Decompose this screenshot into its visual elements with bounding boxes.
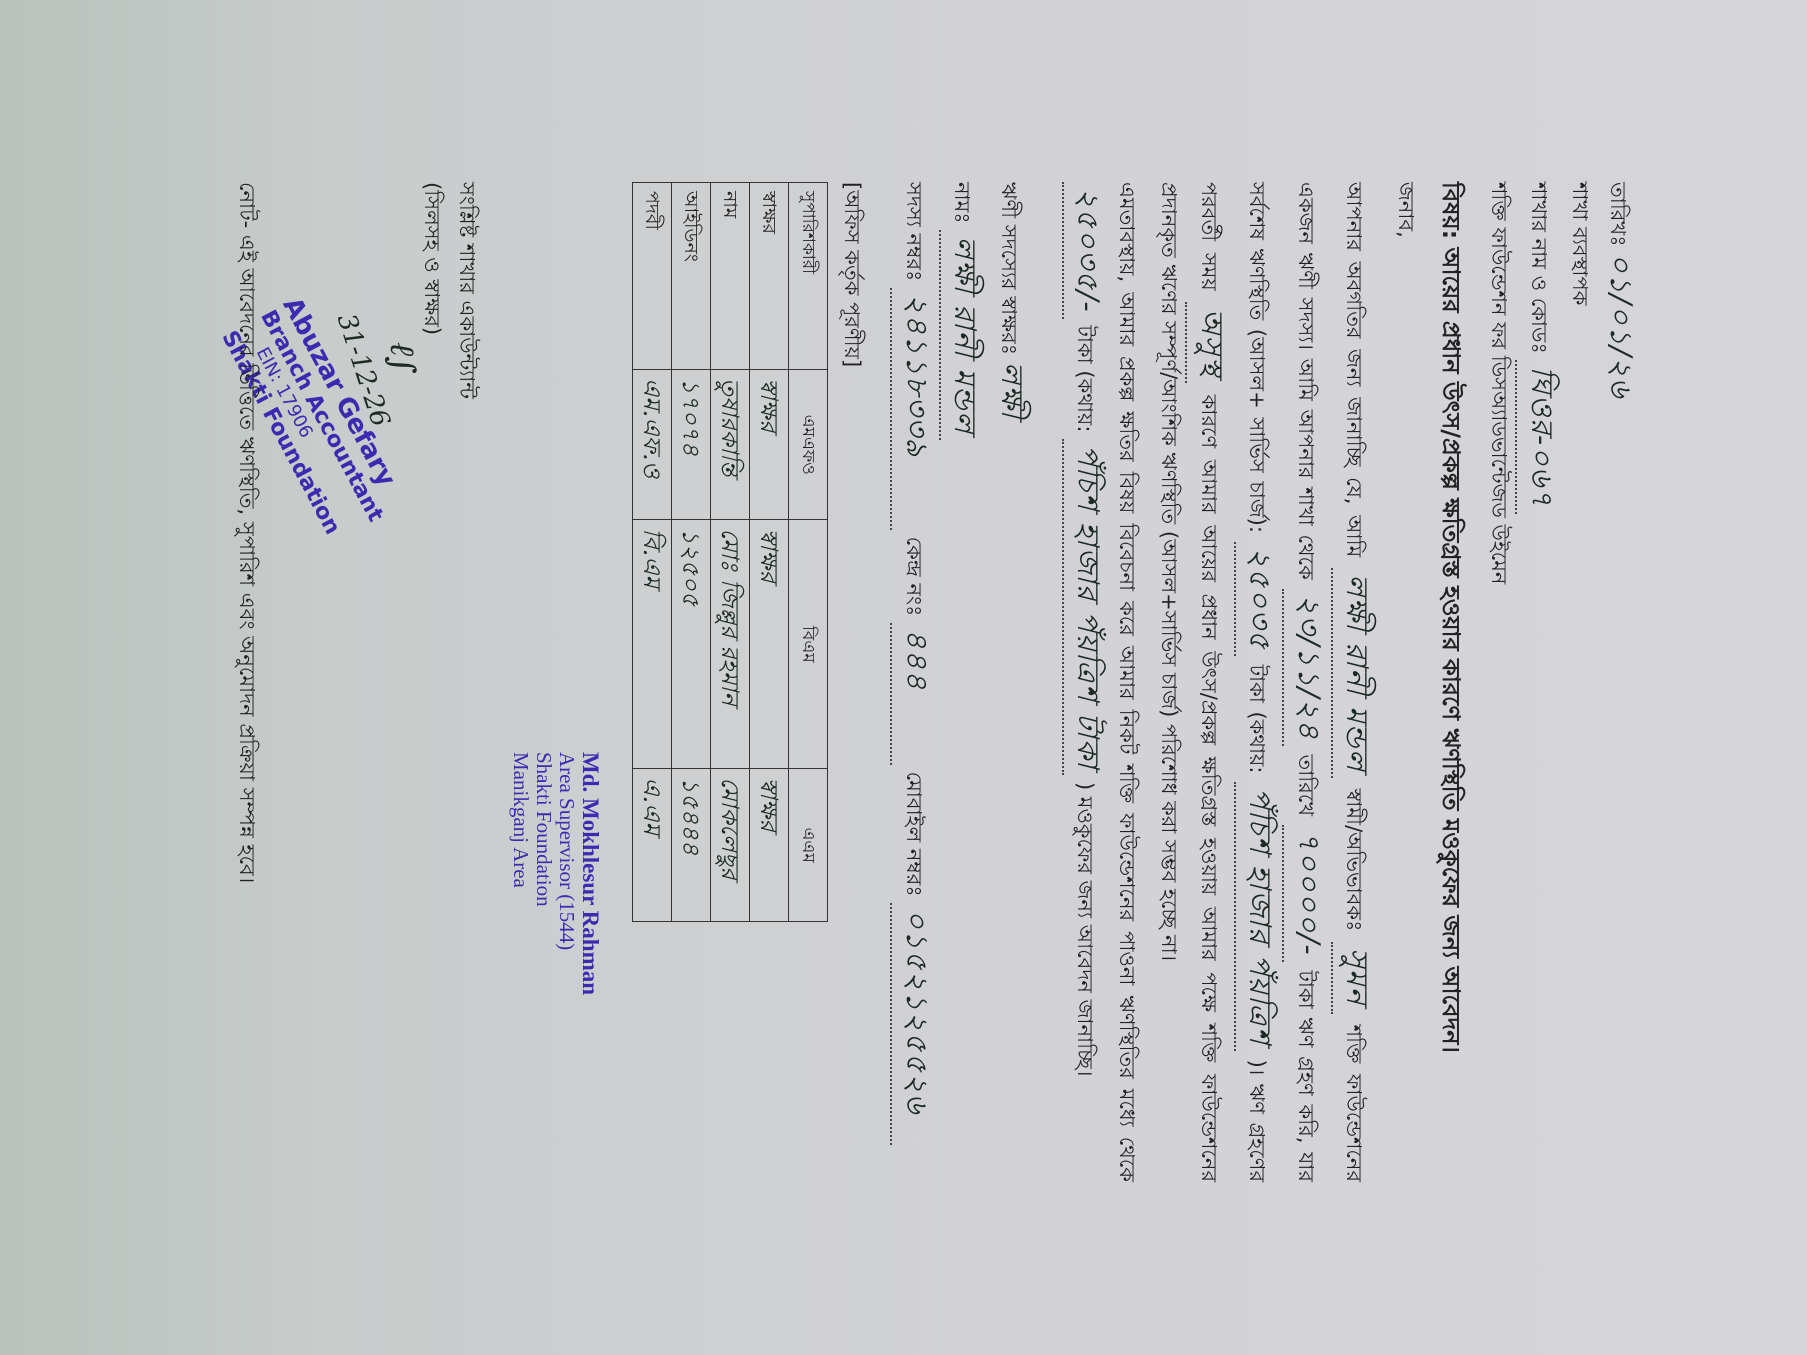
stamp-am-title: Area Supervisor (1544) xyxy=(555,752,578,995)
para1-text-4: তারিখে xyxy=(1294,754,1318,816)
balance-words-field: পঁচিশ হাজার পঁয়ত্রিশ xyxy=(1234,782,1283,1051)
branch-label: শাখার নাম ও কোডঃ xyxy=(1527,182,1551,354)
row-label-name: নাম xyxy=(710,183,749,370)
center-no-label: কেন্দ্র নংঃ xyxy=(902,537,926,617)
paragraph-loan-details: আপনার অবগতির জন্য জানাচ্ছি যে, আমি লক্ষী… xyxy=(1153,182,1380,1182)
member-ids-line: সদস্য নম্বরঃ ২৪১১৮৩৩৯ কেন্দ্র নংঃ ৪৪৪ মো… xyxy=(890,182,939,1182)
branch-value: ঘিওর-০৬৭ xyxy=(1515,360,1564,513)
col-am: এএম xyxy=(788,769,827,922)
bm-signature: স্বাক্ষর xyxy=(749,520,788,769)
application-form-page: তারিখঃ ০১/০১/২৬ শাখা ব্যবস্থাপক শাখার না… xyxy=(103,52,1703,1302)
bm-designation: বি.এম xyxy=(632,520,671,769)
col-recommender: সুপারিশকারী xyxy=(788,183,827,370)
member-name-value: লক্ষী রানী মন্ডল xyxy=(939,230,988,440)
accountant-label: সংশ্লিষ্ট শাখার একাউন্ট্যান্ট xyxy=(450,182,483,399)
am-name: মোকলেছুর xyxy=(710,769,749,922)
am-signature: স্বাক্ষর xyxy=(749,769,788,922)
loan-amount-field: ৭০০০০/- xyxy=(1282,825,1331,962)
branch-line: শাখার নাম ও কোডঃ ঘিওর-০৬৭ xyxy=(1515,182,1564,1182)
table-row: নাম তুষারকান্তি মোঃ জিল্লুর রহমান মোকলেছ… xyxy=(710,183,749,922)
table-row: স্বাক্ষর স্বাক্ষর স্বাক্ষর স্বাক্ষর xyxy=(749,183,788,922)
area-supervisor-stamp: Md. Mokhlesur Rahman Area Supervisor (15… xyxy=(508,752,603,995)
para1-text-6: টাকা (কথায়: xyxy=(1245,665,1269,774)
am-designation: এ.এম xyxy=(632,769,671,922)
stamp-am-org: Shakti Foundation xyxy=(532,752,555,995)
office-section-label: [অফিস কর্তৃক পূরণীয়] xyxy=(836,182,869,1182)
para1-text-1: আপনার অবগতির জন্য জানাচ্ছি যে, আমি xyxy=(1342,182,1366,557)
para2-text-2: টাকা (কথায়: xyxy=(1073,325,1097,432)
member-no-value: ২৪১১৮৩৩৯ xyxy=(890,288,939,530)
para2-text-3: ) মওকুফের জন্য আবেদন জানাচ্ছি। xyxy=(1073,782,1097,1077)
date-value: ০১/০১/২৬ xyxy=(1603,253,1638,398)
am-id: ১৫৪৪৪ xyxy=(671,769,710,922)
member-signature-line: ঋণী সদস্যের স্বাক্ষরঃ লক্ষী xyxy=(987,182,1034,1182)
bm-name: মোঃ জিল্লুর রহমান xyxy=(710,520,749,769)
row-label-signature: স্বাক্ষর xyxy=(749,183,788,370)
row-label-id: আইডিনং xyxy=(671,183,710,370)
member-name-line: নামঃ লক্ষী রানী মন্ডল xyxy=(939,182,988,1182)
organization-name: শক্তি ফাউন্ডেশন ফর ডিসঅ্যাডভান্টেজড উইমে… xyxy=(1483,182,1516,1182)
col-mfo: এমএফও xyxy=(788,370,827,520)
form-body: তারিখঃ ০১/০১/২৬ শাখা ব্যবস্থাপক শাখার না… xyxy=(632,182,1643,1182)
loan-date-field: ২৩/১১/২৪ xyxy=(1282,589,1331,746)
mfo-name: তুষারকান্তি xyxy=(710,370,749,520)
table-row: পদবী এম.এফ.ও বি.এম এ.এম xyxy=(632,183,671,922)
waiver-words-field: পঁচিশ হাজার পঁয়ত্রিশ টাকা xyxy=(1062,439,1111,775)
date-line: তারিখঃ ০১/০১/২৬ xyxy=(1597,182,1644,1182)
footer-note: নোট- এই আবেদনের ভিত্তিতে ঋণস্থিতি, সুপার… xyxy=(230,182,263,883)
recipient-title: শাখা ব্যবস্থাপক xyxy=(1564,182,1597,1182)
member-name-label: নামঃ xyxy=(950,182,974,223)
member-name-field: লক্ষী রানী মন্ডল xyxy=(1331,568,1380,778)
para1-text-2: স্বামী/অভিভাবকঃ xyxy=(1342,789,1366,932)
mfo-signature: স্বাক্ষর xyxy=(749,370,788,520)
member-signature: লক্ষী xyxy=(994,362,1029,419)
accountant-sublabel: (সিলসহ ও স্বাক্ষর) xyxy=(415,182,448,335)
member-no-label: সদস্য নম্বরঃ xyxy=(902,182,926,281)
stamp-am-name: Md. Mokhlesur Rahman xyxy=(578,752,603,995)
mfo-id: ১৭০৭৪ xyxy=(671,370,710,520)
paragraph-waiver-request: এমতাবস্থায়, আমার প্রকল্প ক্ষতির বিষয় ব… xyxy=(1062,182,1143,1182)
reason-field: অসুস্থ xyxy=(1185,302,1234,383)
date-label: তারিখঃ xyxy=(1606,182,1630,246)
salutation: জনাব, xyxy=(1389,182,1422,1182)
stamp-am-area: Manikganj Area xyxy=(508,752,531,995)
guardian-name-field: সুমন xyxy=(1331,942,1380,1014)
waiver-amount-field: ২৫০৩৫/- xyxy=(1062,182,1111,319)
table-row: আইডিনং ১৭০৭৪ ১২৫০৫ ১৫৪৪৪ xyxy=(671,183,710,922)
mobile-value: ০১৫২১২৫৫২৬ xyxy=(890,903,939,1145)
para2-text-1: এমতাবস্থায়, আমার প্রকল্প ক্ষতির বিষয় ব… xyxy=(1115,182,1139,1182)
member-signature-label: ঋণী সদস্যের স্বাক্ষরঃ xyxy=(997,182,1021,355)
office-approval-table: সুপারিশকারী এমএফও বিএম এএম স্বাক্ষর স্বা… xyxy=(632,182,828,922)
subject-line: বিষয়: আয়ের প্রধান উৎস/প্রকল্প ক্ষতিগ্র… xyxy=(1432,182,1469,1182)
center-no-value: ৪৪৪ xyxy=(890,623,939,765)
row-label-designation: পদবী xyxy=(632,183,671,370)
col-bm: বিএম xyxy=(788,520,827,769)
balance-amount-field: ২৫০৩৫ xyxy=(1234,542,1283,656)
mfo-designation: এম.এফ.ও xyxy=(632,370,671,520)
bm-id: ১২৫০৫ xyxy=(671,520,710,769)
mobile-label: মোবাইল নম্বরঃ xyxy=(902,772,926,897)
office-table-header: সুপারিশকারী এমএফও বিএম এএম xyxy=(788,183,827,922)
